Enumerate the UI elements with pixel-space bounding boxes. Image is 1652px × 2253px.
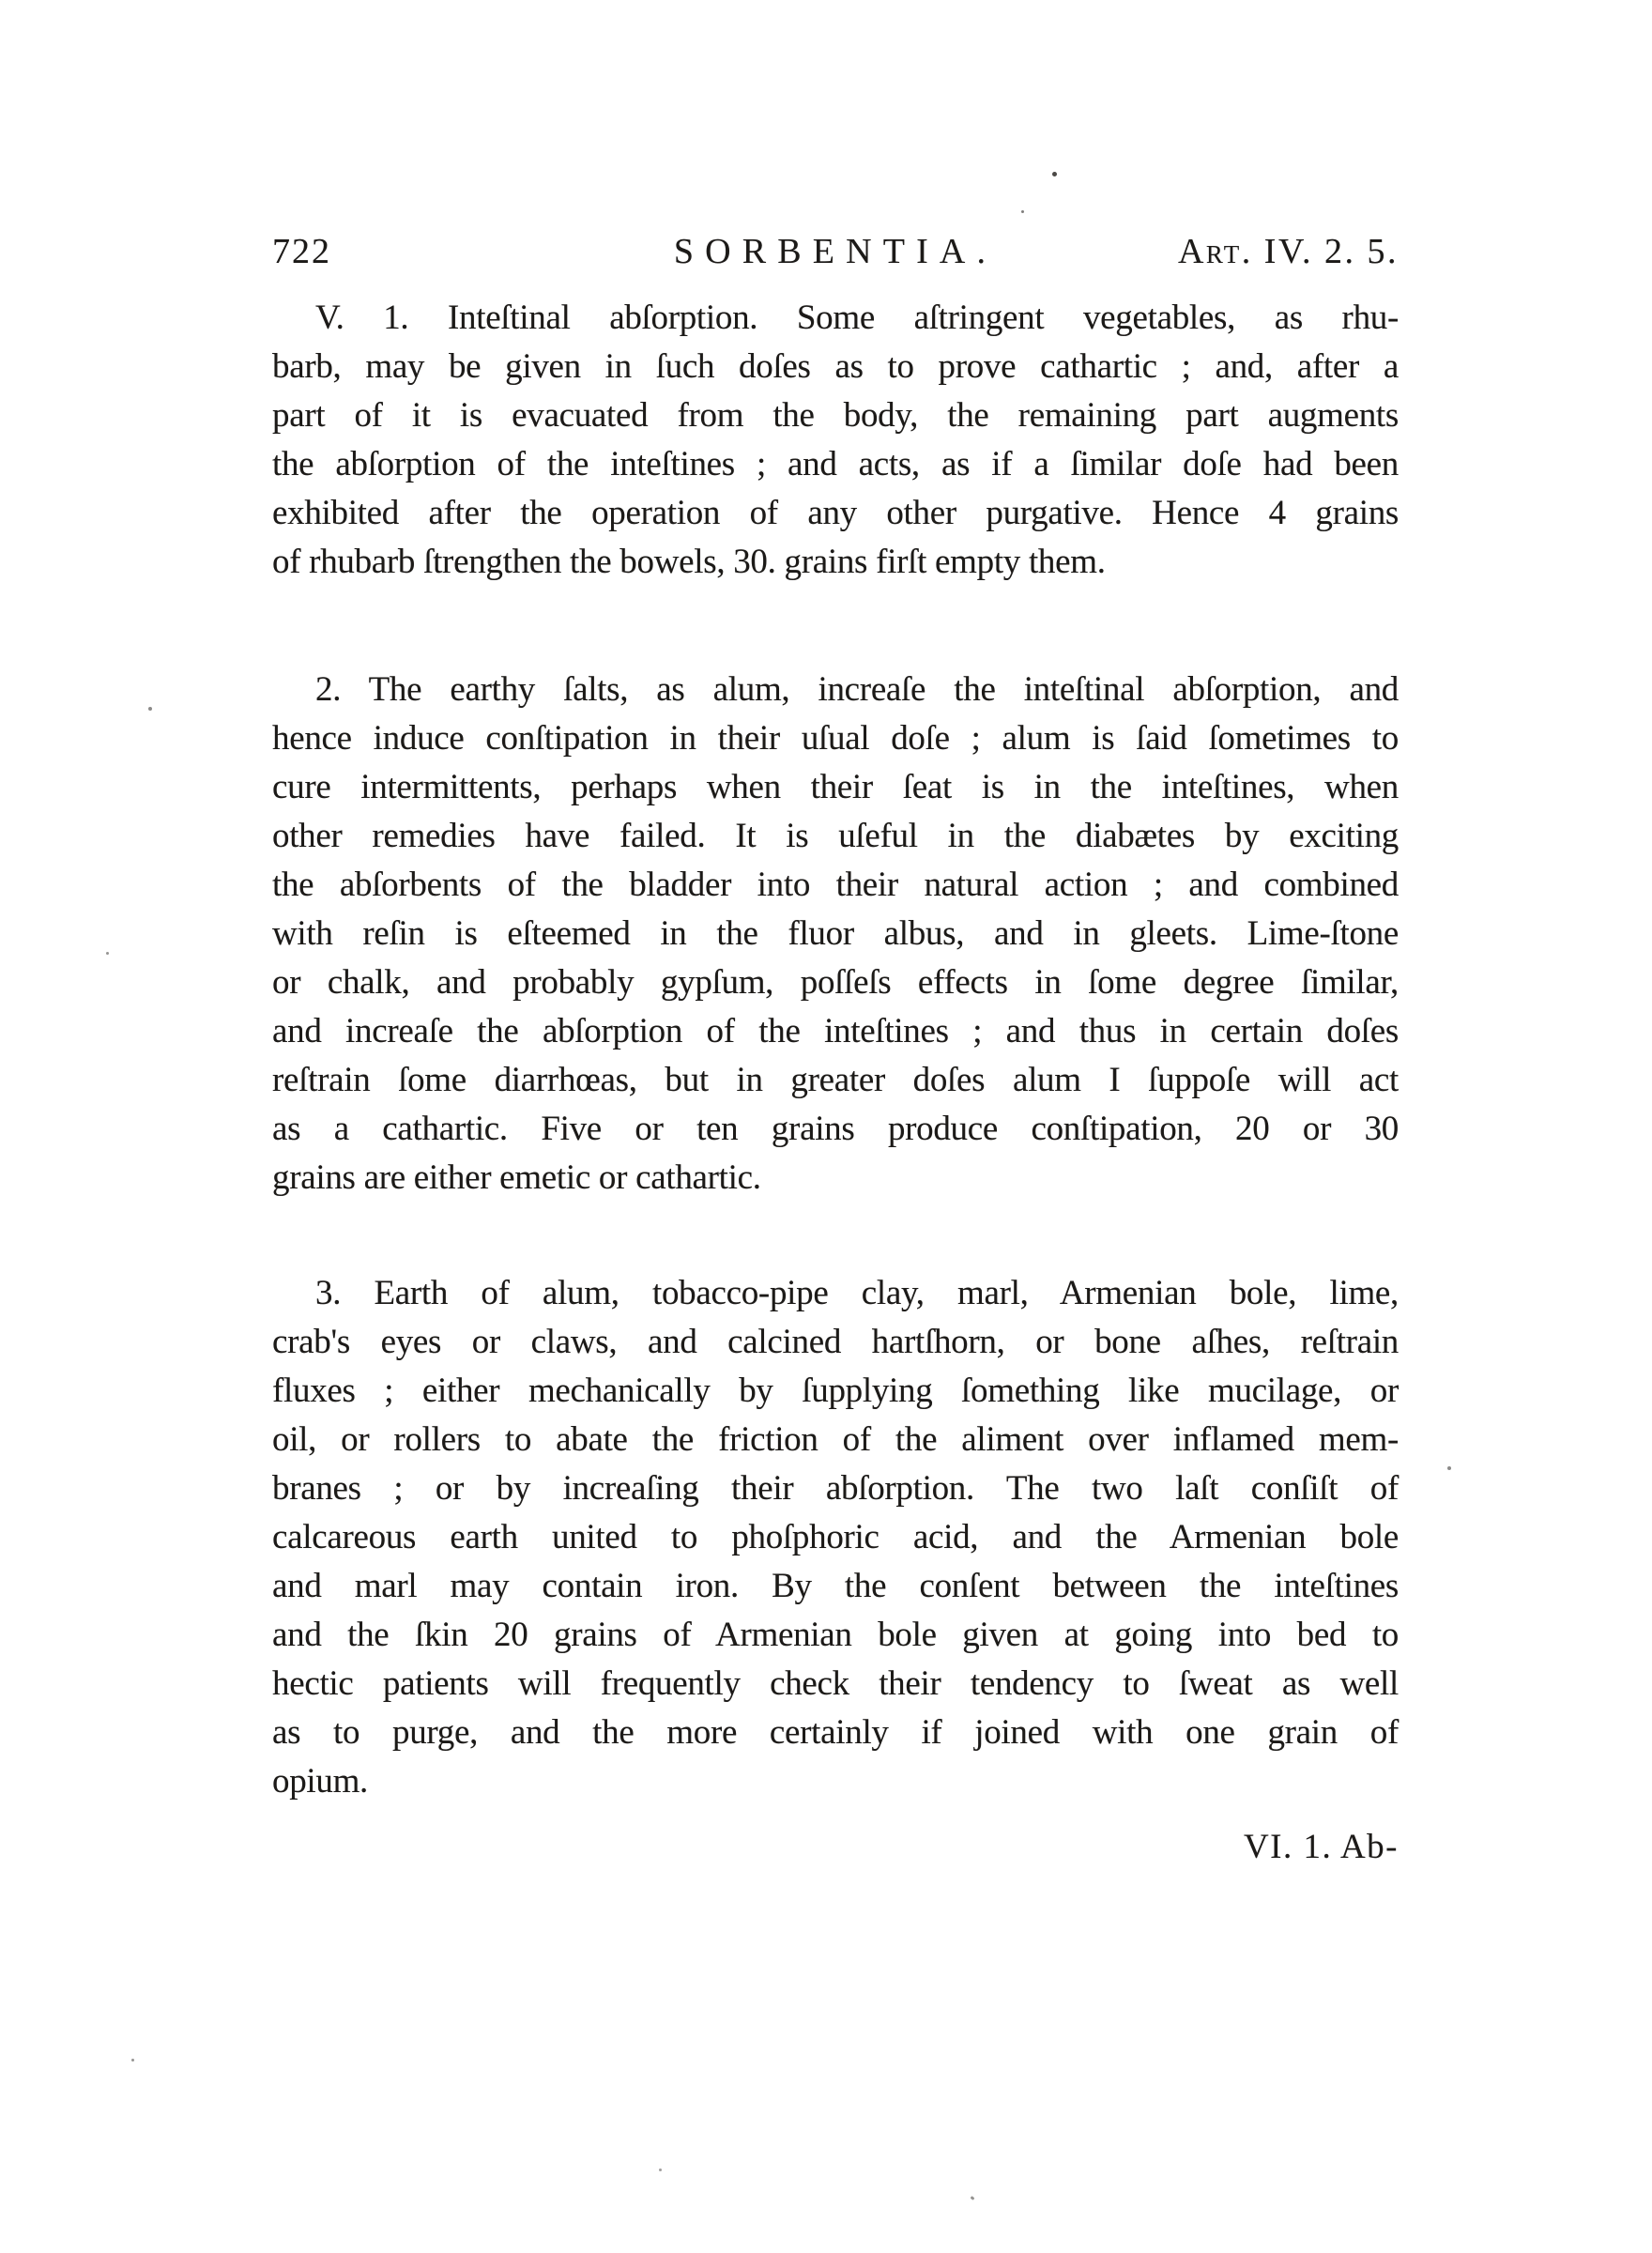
text-line: hectic patients will frequently check th… bbox=[272, 1660, 1399, 1709]
text-line: fluxes ; either mechanically by ſupplyin… bbox=[272, 1367, 1399, 1416]
catchword: VI. 1. Ab- bbox=[1244, 1827, 1399, 1867]
scan-speck bbox=[659, 2169, 662, 2171]
text-line: or chalk, and probably gypſum, poſſeſs e… bbox=[272, 958, 1399, 1007]
text-line: and marl may contain iron. By the conſen… bbox=[272, 1562, 1399, 1611]
book-page: 722 SORBENTIA. Art. IV. 2. 5. V. 1. Inte… bbox=[0, 0, 1652, 2253]
page-number: 722 bbox=[272, 231, 331, 272]
paragraph-3: 3. Earth of alum, tobacco-pipe clay, mar… bbox=[272, 1269, 1399, 1806]
text-line: of rhubarb ſtrengthen the bowels, 30. gr… bbox=[272, 538, 1399, 587]
text-line: and the ſkin 20 grains of Armenian bole … bbox=[272, 1611, 1399, 1660]
text-line: opium. bbox=[272, 1757, 1399, 1806]
text-line: hence induce conſtipation in their uſual… bbox=[272, 714, 1399, 763]
text-line: oil, or rollers to abate the friction of… bbox=[272, 1416, 1399, 1464]
text-line: with reſin is eſteemed in the fluor albu… bbox=[272, 910, 1399, 958]
text-line: barb, may be given in ſuch doſes as to p… bbox=[272, 343, 1399, 391]
text-line: reſtrain ſome diarrhœas, but in greater … bbox=[272, 1056, 1399, 1105]
text-line: as a cathartic. Five or ten grains produ… bbox=[272, 1105, 1399, 1154]
text-line: branes ; or by increaſing their abſorpti… bbox=[272, 1464, 1399, 1513]
text-line: other remedies have failed. It is uſeful… bbox=[272, 812, 1399, 861]
scan-speck bbox=[1052, 172, 1057, 176]
running-title: SORBENTIA. bbox=[674, 231, 997, 272]
text-line: exhibited after the operation of any oth… bbox=[272, 489, 1399, 538]
text-line: 3. Earth of alum, tobacco-pipe clay, mar… bbox=[272, 1269, 1399, 1318]
scan-speck bbox=[1447, 1466, 1451, 1470]
text-line: as to purge, and the more certainly if j… bbox=[272, 1709, 1399, 1757]
scan-speck bbox=[1021, 210, 1024, 213]
article-reference: Art. IV. 2. 5. bbox=[1178, 231, 1399, 272]
scan-speck bbox=[148, 707, 152, 711]
text-line: calcareous earth united to phoſphoric ac… bbox=[272, 1513, 1399, 1562]
scan-speck bbox=[131, 2059, 134, 2061]
text-line: and increaſe the abſorption of the inteſ… bbox=[272, 1007, 1399, 1056]
text-line: part of it is evacuated from the body, t… bbox=[272, 391, 1399, 440]
scan-speck bbox=[971, 2196, 975, 2200]
text-line: V. 1. Inteſtinal abſorption. Some aſtrin… bbox=[272, 294, 1399, 343]
text-line: the abſorbents of the bladder into their… bbox=[272, 861, 1399, 910]
text-line: the abſorption of the inteſtines ; and a… bbox=[272, 440, 1399, 489]
scan-speck bbox=[106, 952, 109, 955]
paragraph-1: V. 1. Inteſtinal abſorption. Some aſtrin… bbox=[272, 294, 1399, 587]
text-line: crab's eyes or claws, and calcined hartſ… bbox=[272, 1318, 1399, 1367]
paragraph-2: 2. The earthy ſalts, as alum, increaſe t… bbox=[272, 666, 1399, 1203]
running-head: 722 SORBENTIA. Art. IV. 2. 5. bbox=[272, 231, 1399, 272]
text-line: cure intermittents, perhaps when their ſ… bbox=[272, 763, 1399, 812]
text-line: 2. The earthy ſalts, as alum, increaſe t… bbox=[272, 666, 1399, 714]
text-line: grains are either emetic or cathartic. bbox=[272, 1154, 1399, 1203]
